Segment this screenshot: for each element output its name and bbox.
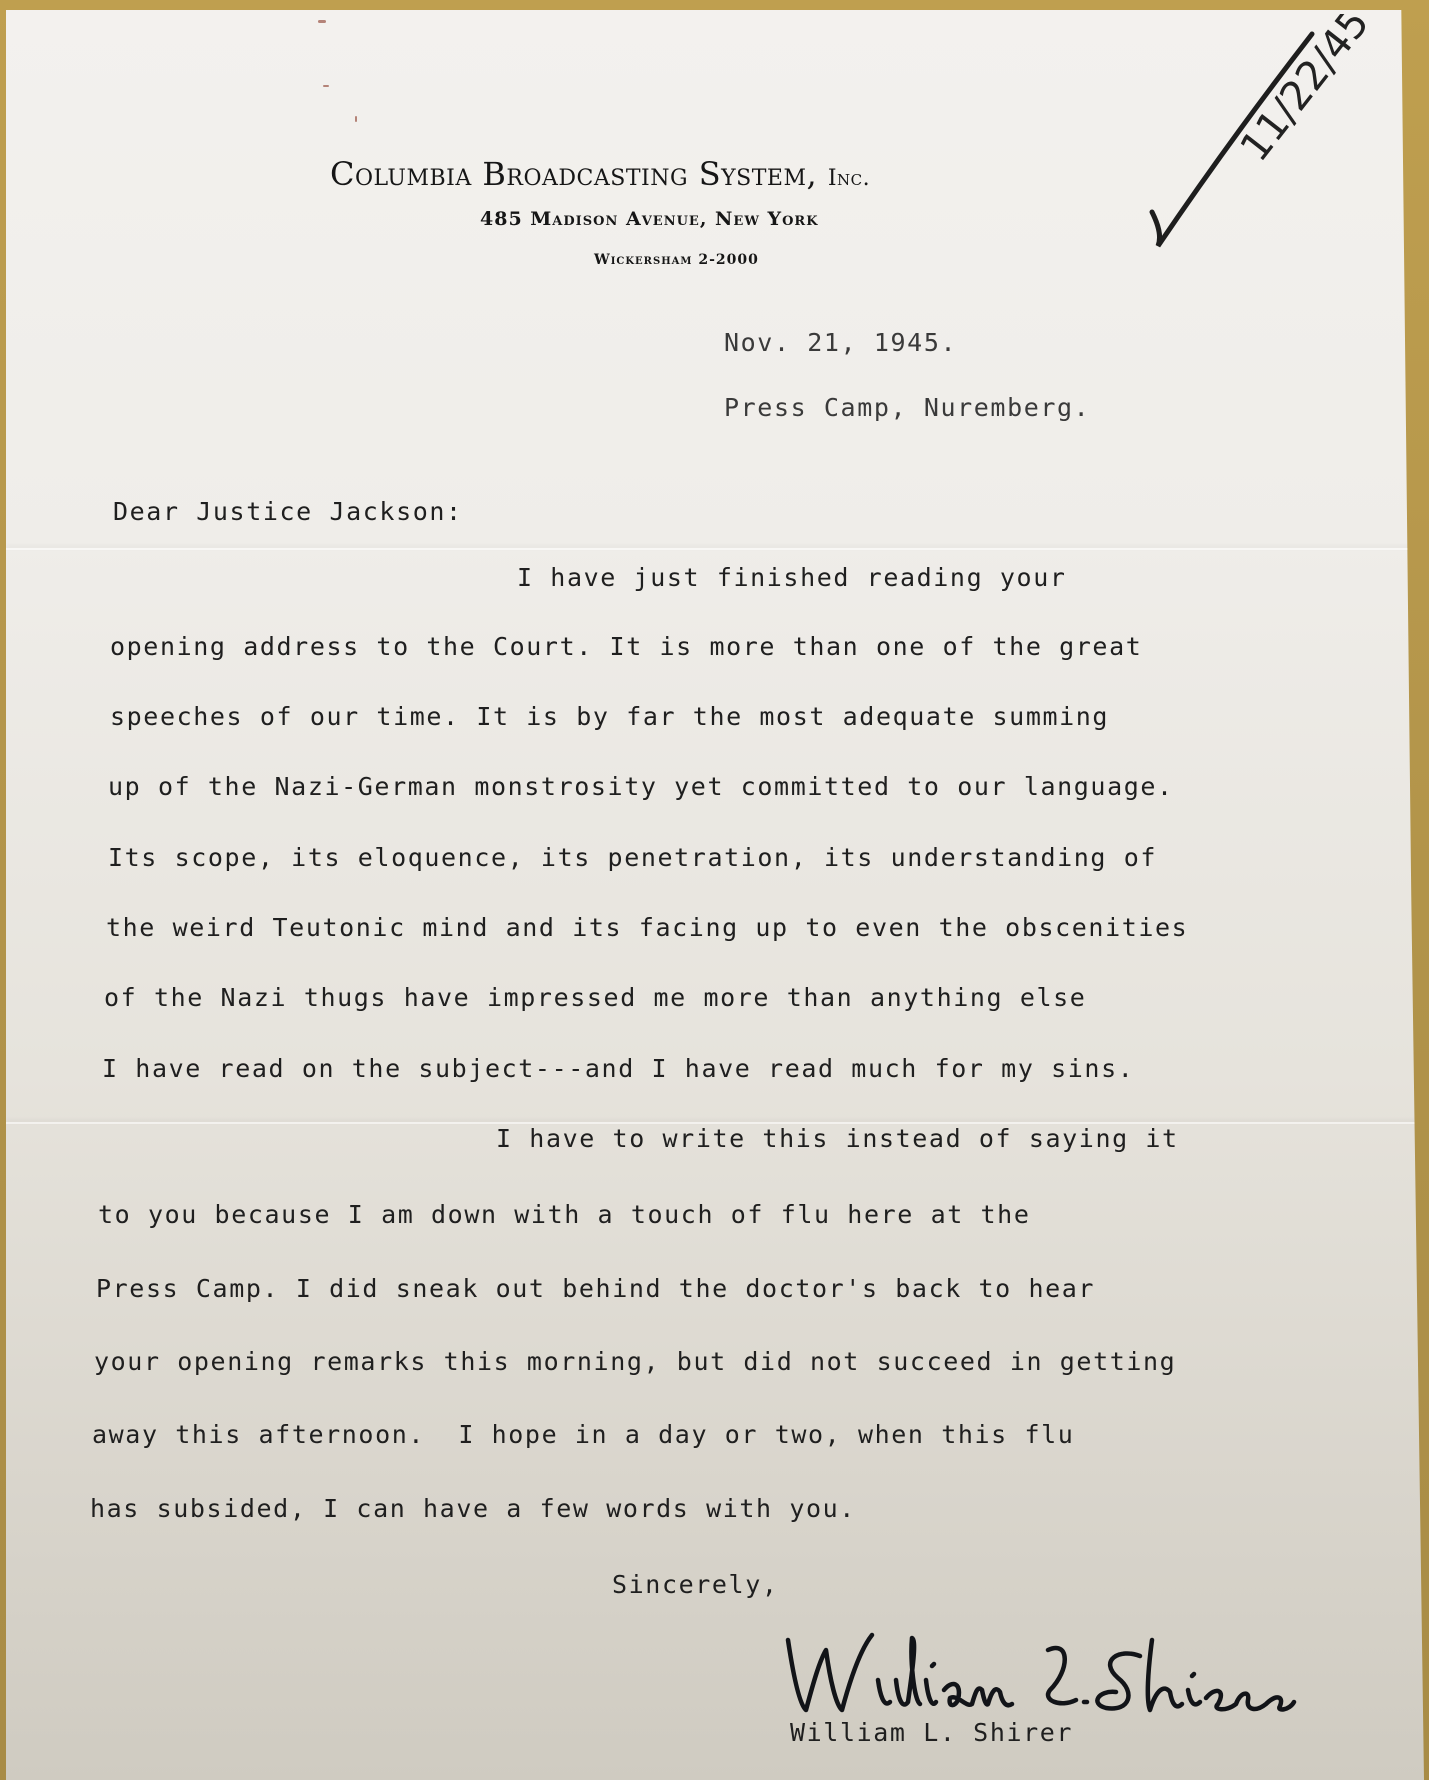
paper-blemish [323, 85, 329, 87]
body-line: the weird Teutonic mind and its facing u… [106, 913, 1188, 942]
letterhead-company: Columbia Broadcasting System, Inc. [330, 155, 870, 193]
body-line: has subsided, I can have a few words wit… [90, 1494, 856, 1523]
signature-icon [780, 1620, 1300, 1720]
body-line: of the Nazi thugs have impressed me more… [104, 983, 1086, 1012]
signer-name: William L. Shirer [790, 1718, 1073, 1747]
body-line: speeches of our time. It is by far the m… [110, 702, 1109, 731]
body-line: I have to write this instead of saying i… [496, 1124, 1179, 1153]
body-line: away this afternoon. I hope in a day or … [92, 1420, 1074, 1449]
paper-fold-line [6, 548, 1424, 550]
body-line: opening address to the Court. It is more… [110, 632, 1142, 661]
body-line: Press Camp. I did sneak out behind the d… [96, 1274, 1095, 1303]
paper-blemish [355, 116, 357, 122]
company-suffix: Inc. [828, 166, 870, 191]
check-mark-icon: 11/22/45 [1140, 14, 1380, 254]
letter-date: Nov. 21, 1945. [724, 328, 957, 357]
letterhead-phone: Wickersham 2-2000 [594, 252, 759, 268]
handwritten-date: 11/22/45 [1232, 14, 1379, 170]
body-line: your opening remarks this morning, but d… [94, 1347, 1176, 1376]
salutation: Dear Justice Jackson: [113, 497, 463, 526]
body-line: up of the Nazi-German monstrosity yet co… [108, 772, 1174, 801]
letter-location: Press Camp, Nuremberg. [724, 393, 1090, 422]
svg-text:11/22/45: 11/22/45 [1232, 14, 1379, 170]
paper-blemish [318, 20, 326, 23]
company-name: Columbia Broadcasting System, [330, 155, 817, 193]
body-line: I have just finished reading your [517, 563, 1067, 592]
body-line: to you because I am down with a touch of… [98, 1200, 1030, 1229]
body-line: Its scope, its eloquence, its penetratio… [108, 843, 1157, 872]
body-line: I have read on the subject---and I have … [102, 1054, 1134, 1083]
letterhead-address: 485 Madison Avenue, New York [480, 208, 819, 230]
closing: Sincerely, [612, 1570, 779, 1599]
